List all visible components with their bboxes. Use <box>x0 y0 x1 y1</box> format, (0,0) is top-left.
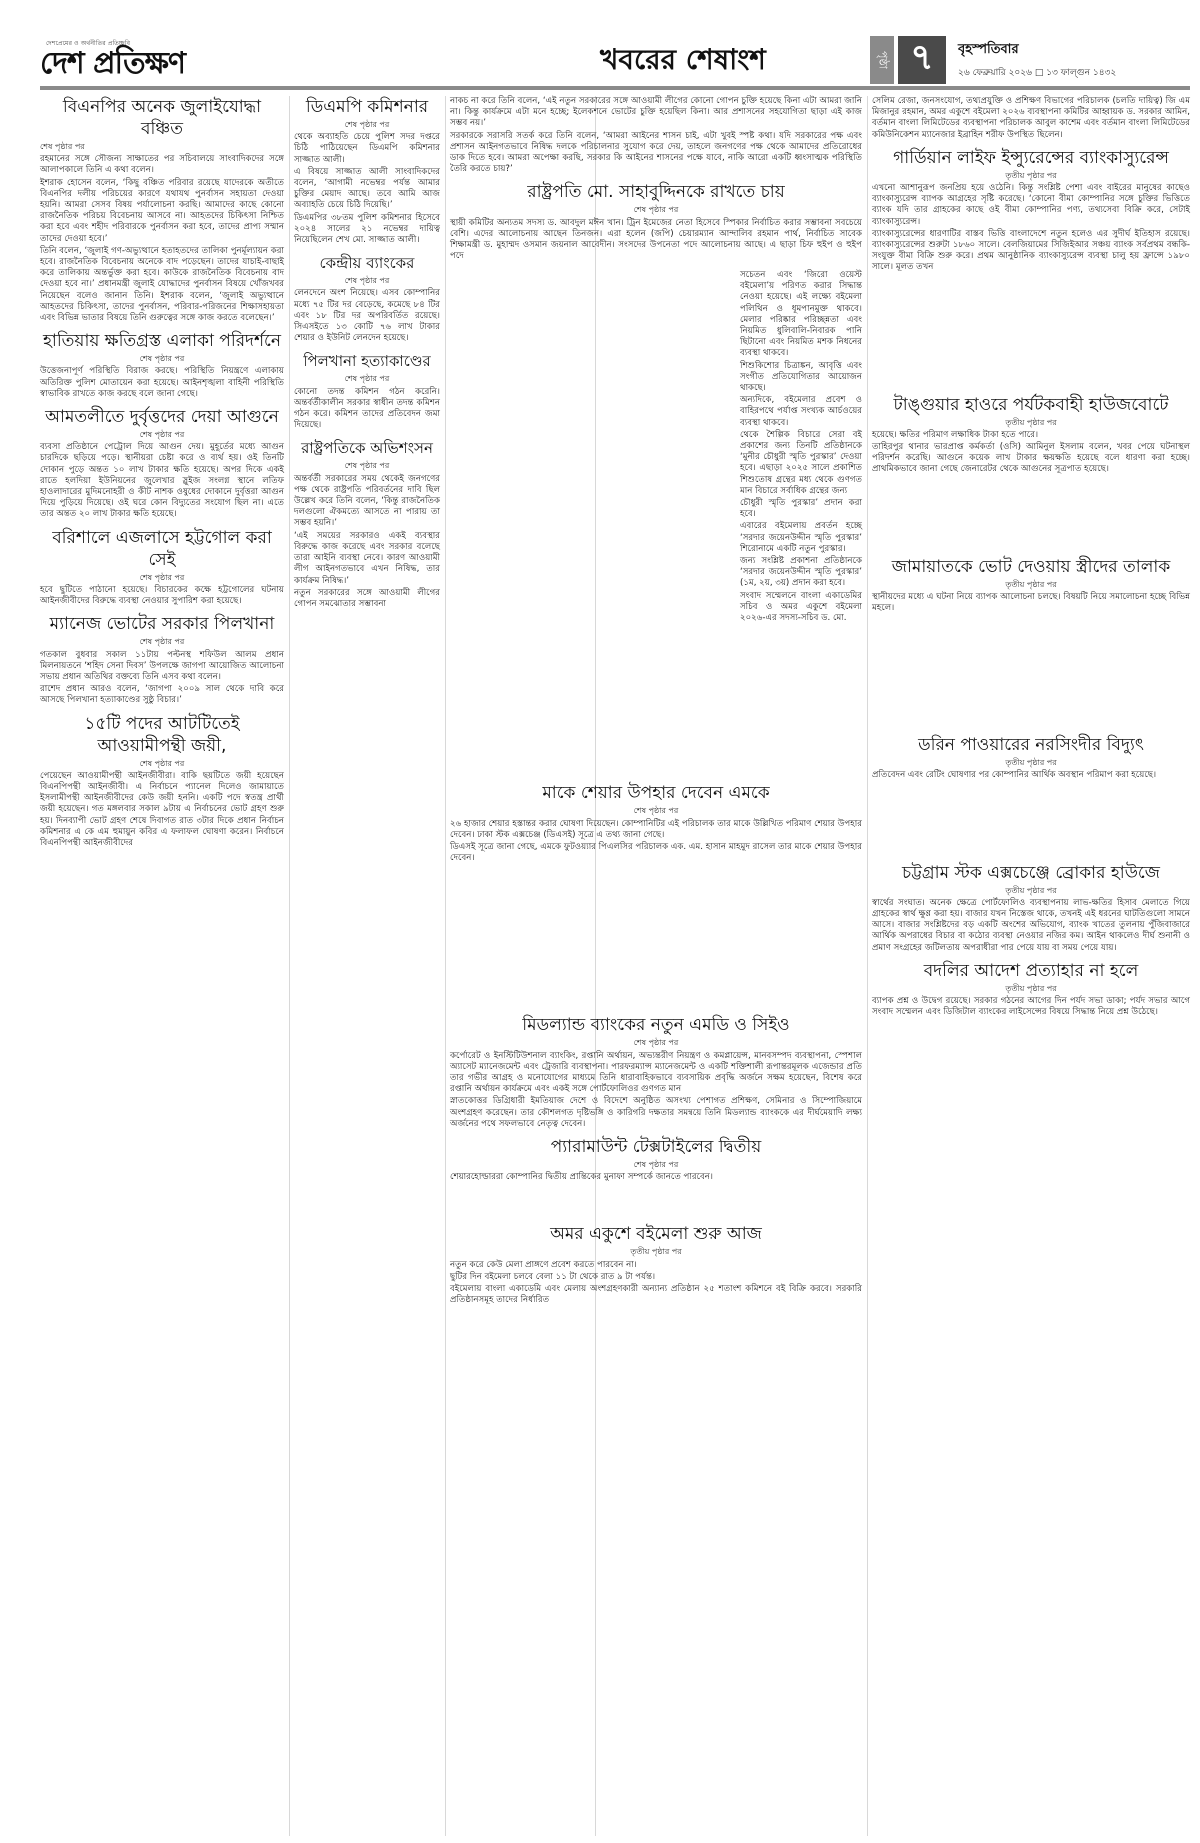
paragraph: অন্তর্বর্তী সরকারের সময় থেকেই জনগণের পক… <box>294 474 440 530</box>
headline: রাষ্ট্রপতি মো. সাহাবুদ্দিনকে রাখতে চায় <box>450 181 862 203</box>
headline: ম্যানেজ ভোটের সরকার পিলখানা <box>40 613 284 635</box>
headline: প্যারামাউন্ট টেক্সটাইলের দ্বিতীয় <box>450 1136 862 1158</box>
newspaper-logo[interactable]: দেশপ্রেমের ও অর্থনীতির প্রতিচ্ছবি দেশ প্… <box>40 38 185 79</box>
continued-label: শেষ পৃষ্ঠার পর <box>450 1159 862 1170</box>
article-tangail[interactable]: টাঙ্গুয়ার হাওরে পর্যটকবাহী হাউজবোটে তৃত… <box>872 394 1190 476</box>
article-midland[interactable]: মিডল্যান্ড ব্যাংকের নতুন এমডি ও সিইও শেষ… <box>450 1014 862 1130</box>
paragraph: এবারের বইমেলায় প্রবর্তন হচ্ছে ‘সরদার জয… <box>740 521 862 555</box>
paragraph: কোনো তদন্ত কমিশন গঠন করেনি। অন্তর্বর্তীক… <box>294 387 440 432</box>
paragraph: বইমেলায় বাংলা একাডেমি এবং মেলায় অংশগ্র… <box>450 1284 862 1306</box>
article-paramount[interactable]: প্যারামাউন্ট টেক্সটাইলের দ্বিতীয় শেষ পৃ… <box>450 1136 862 1183</box>
paragraph: লেনদেনে অংশ নিয়েছে। এসব কোম্পানির মধ্যে… <box>294 288 440 344</box>
continued-label: তৃতীয় পৃষ্ঠার পর <box>872 983 1190 994</box>
paragraph: থেকে অব্যাহতি চেয়ে পুলিশ সদর দপ্তরে চিঠ… <box>294 132 440 166</box>
paragraph: হয়েছে। ক্ষতির পরিমাণ লক্ষাধিক টাকা হতে … <box>872 430 1190 441</box>
continued-label: শেষ পৃষ্ঠার পর <box>40 141 284 152</box>
page-number: ৭ <box>898 36 946 84</box>
paragraph: ‘এই সময়ের সরকারও একই ব্যবস্থার বিরুদ্ধে… <box>294 531 440 587</box>
paragraph: ব্যবসা প্রতিষ্ঠানে পেট্রোল দিয়ে আগুন দে… <box>40 442 284 520</box>
continued-label: তৃতীয় পৃষ্ঠার পর <box>872 417 1190 428</box>
article-divorce[interactable]: জামায়াতকে ভোট দেওয়ায় স্ত্রীদের তালাক … <box>872 556 1190 615</box>
paragraph: সেলিম রেজা, জনসংযোগ, তথ্যপ্রযুক্তি ও প্র… <box>872 96 1190 141</box>
article-dorin[interactable]: ডরিন পাওয়ারের নরসিংদীর বিদ্যুৎ তৃতীয় প… <box>872 734 1190 781</box>
paragraph: ছুটির দিন বইমেলা চলবে বেলা ১১ টা থেকে রা… <box>450 1272 862 1283</box>
column-4: সচেতন এবং ‘জিরো ওয়েস্ট বইমেলা’য় পরিণত … <box>740 270 862 630</box>
paragraph: তিনি বলেন, ‘জুলাই গণ-অভ্যুত্থানে হতাহতদে… <box>40 246 284 324</box>
paragraph: ব্যাপক প্রশ্ন ও উদ্বেগ রয়েছে। সরকার গঠন… <box>872 996 1190 1018</box>
article-president[interactable]: রাষ্ট্রপতি মো. সাহাবুদ্দিনকে রাখতে চায় … <box>450 181 862 262</box>
continued-label: তৃতীয় পৃষ্ঠার পর <box>872 757 1190 768</box>
paragraph: হবে ছুটিতে পাঠানো হয়েছে। বিচারকের কক্ষে… <box>40 585 284 607</box>
paragraph: স্বার্থের সংঘাত। অনেক ক্ষেত্রে পোর্টফোলি… <box>872 898 1190 954</box>
column-divider <box>445 96 446 1836</box>
continued-label: শেষ পৃষ্ঠার পর <box>294 275 440 286</box>
paragraph: রহমানের সঙ্গে সৌজন্য সাক্ষাতের পর সচিবাল… <box>40 154 284 176</box>
paragraph: নতুন সরকারের সঙ্গে আওয়ামী লীগের গোপন সম… <box>294 588 440 610</box>
continued-label: শেষ পৃষ্ঠার পর <box>294 119 440 130</box>
headline: চট্টগ্রাম স্টক এক্সচেঞ্জে ব্রোকার হাউজে <box>872 862 1190 884</box>
paragraph: নাকচ না করে তিনি বলেন, ‘এই নতুন সরকারের … <box>450 96 862 130</box>
article-guardian[interactable]: গার্ডিয়ান লাইফ ইন্স্যুরেন্সের ব্যাংকাস্… <box>872 147 1190 274</box>
paragraph: স্থায়ী কমিটির অন্যতম সদস্য ড. আবদুল মঈন… <box>450 218 862 263</box>
paragraph: পেয়েছেন আওয়ামীপন্থী আইনজীবীরা। বাকি ছয… <box>40 771 284 849</box>
paragraph: অন্যদিকে, বইমেলার প্রবেশ ও বাহিরপথে পর্য… <box>740 395 862 429</box>
paragraph: শেয়ারহোল্ডাররা কোম্পানির দ্বিতীয় প্রান… <box>450 1172 862 1183</box>
paragraph: ইশরাক হোসেন বলেন, ‘কিছু বঞ্চিত পরিবার রয… <box>40 178 284 245</box>
article-ekushe-fair[interactable]: অমর একুশে বইমেলা শুরু আজ তৃতীয় পৃষ্ঠার … <box>450 1223 862 1306</box>
article-mother-share[interactable]: মাকে শেয়ার উপহার দেবেন এমকে শেষ পৃষ্ঠার… <box>450 782 862 864</box>
headline: ডরিন পাওয়ারের নরসিংদীর বিদ্যুৎ <box>872 734 1190 756</box>
paragraph: শিশুকিশোর চিত্রাঙ্কন, আবৃত্তি এবং সংগীত … <box>740 361 862 395</box>
logo-title: দেশ প্রতিক্ষণ <box>40 49 185 79</box>
headline: ১৫টি পদের আটটিতেই আওয়ামীপন্থী জয়ী, <box>40 713 284 757</box>
paragraph: স্নাতকোত্তর ডিগ্রিধারী ইমতিয়াজ দেশে ও ব… <box>450 1096 862 1130</box>
continued-label: শেষ পৃষ্ঠার পর <box>40 636 284 647</box>
headline: টাঙ্গুয়ার হাওরে পর্যটকবাহী হাউজবোটে <box>872 394 1190 416</box>
article-dmp-commissioner[interactable]: ডিএমপি কমিশনার শেষ পৃষ্ঠার পর থেকে অব্যা… <box>294 96 440 246</box>
column-5: সেলিম রেজা, জনসংযোগ, তথ্যপ্রযুক্তি ও প্র… <box>872 96 1190 1025</box>
paragraph: ডিএমপির ৩৮তম পুলিশ কমিশনার হিসেবে ২০২৪ স… <box>294 213 440 247</box>
paragraph: এ বিষয়ে সাজ্জাত আলী সাংবাদিকদের বলেন, ‘… <box>294 167 440 212</box>
paragraph: গতকাল বুধবার সকাল ১১টায় পল্টনস্থ শফিউল … <box>40 650 284 684</box>
paragraph: তাহিরপুর থানার ভারপ্রাপ্ত কর্মকর্তা (ওসি… <box>872 442 1190 476</box>
continued-label: তৃতীয় পৃষ্ঠার পর <box>450 1246 862 1257</box>
paragraph: উত্তেজনাপূর্ণ পরিস্থিতি বিরাজ করছে। পরিস… <box>40 366 284 400</box>
column-2: ডিএমপি কমিশনার শেষ পৃষ্ঠার পর থেকে অব্যা… <box>294 96 440 616</box>
continued-label: তৃতীয় পৃষ্ঠার পর <box>872 170 1190 181</box>
page-tag: পৃষ্ঠা <box>870 36 894 84</box>
paragraph: ব্যাংকাস্যুরেন্সের ধারণাটির বাস্তব ভিত্ত… <box>872 229 1190 274</box>
article-nak[interactable]: নাকচ না করে তিনি বলেন, ‘এই নতুন সরকারের … <box>450 96 862 175</box>
article-bnp-july[interactable]: বিএনপির অনেক জুলাইযোদ্ধা বঞ্চিত শেষ পৃষ্… <box>40 96 284 324</box>
article-barishal[interactable]: বরিশালে এজলাসে হট্টগোল করা সেই শেষ পৃষ্ঠ… <box>40 527 284 608</box>
headline: ডিএমপি কমিশনার <box>294 96 440 118</box>
paragraph: চৌধুরী স্মৃতি পুরস্কার’ প্রদান করা হবে। <box>740 498 862 520</box>
headline: বরিশালে এজলাসে হট্টগোল করা সেই <box>40 527 284 571</box>
headline: বদলির আদেশ প্রত্যাহার না হলে <box>872 960 1190 982</box>
headline: মাকে শেয়ার উপহার দেবেন এমকে <box>450 782 862 804</box>
headline: হাতিয়ায় ক্ষতিগ্রস্ত এলাকা পরিদর্শনে <box>40 330 284 352</box>
headline: গার্ডিয়ান লাইফ ইন্স্যুরেন্সের ব্যাংকাস্… <box>872 147 1190 169</box>
paragraph: ডিএসই সূত্রে জানা গেছে, এমকে ফুটওয়্যার … <box>450 842 862 864</box>
continued-label: শেষ পৃষ্ঠার পর <box>450 805 862 816</box>
article-hatiya[interactable]: হাতিয়ায় ক্ষতিগ্রস্ত এলাকা পরিদর্শনে শে… <box>40 330 284 400</box>
continued-label: শেষ পৃষ্ঠার পর <box>450 204 862 215</box>
headline: মিডল্যান্ড ব্যাংকের নতুন এমডি ও সিইও <box>450 1014 862 1036</box>
continued-label: শেষ পৃষ্ঠার পর <box>40 572 284 583</box>
article-transfer[interactable]: বদলির আদেশ প্রত্যাহার না হলে তৃতীয় পৃষ্… <box>872 960 1190 1019</box>
article-central-bank[interactable]: কেন্দ্রীয় ব্যাংকের শেষ পৃষ্ঠার পর লেনদে… <box>294 252 440 344</box>
masthead: দেশপ্রেমের ও অর্থনীতির প্রতিচ্ছবি দেশ প্… <box>40 38 1190 86</box>
header-rule <box>40 86 1190 90</box>
headline: জামায়াতকে ভোট দেওয়ায় স্ত্রীদের তালাক <box>872 556 1190 578</box>
continued-label: শেষ পৃষ্ঠার পর <box>450 1037 862 1048</box>
paragraph: জন্য সংশ্লিষ্ট প্রকাশনা প্রতিষ্ঠানকে ‘সর… <box>740 556 862 590</box>
continued-label: শেষ পৃষ্ঠার পর <box>40 429 284 440</box>
continued-label: শেষ পৃষ্ঠার পর <box>40 758 284 769</box>
continued-label: তৃতীয় পৃষ্ঠার পর <box>872 579 1190 590</box>
headline: রাষ্ট্রপতিকে অভিশংসন <box>294 437 440 459</box>
headline: অমর একুশে বইমেলা শুরু আজ <box>450 1223 862 1245</box>
section-title: খবরের শেষাংশ <box>600 38 766 85</box>
continued-label: শেষ পৃষ্ঠার পর <box>294 460 440 471</box>
date-block: বৃহস্পতিবার ২৬ ফেব্রুয়ারি ২০২৬ □ ১৩ ফাল… <box>958 40 1116 80</box>
paragraph: প্রতিবেদন এবং রেটিং ঘোষণার পর কোম্পানির … <box>872 770 1190 781</box>
headline: কেন্দ্রীয় ব্যাংকের <box>294 252 440 274</box>
continued-label: শেষ পৃষ্ঠার পর <box>294 373 440 384</box>
weekday: বৃহস্পতিবার <box>958 40 1116 61</box>
column-1: বিএনপির অনেক জুলাইযোদ্ধা বঞ্চিত শেষ পৃষ্… <box>40 96 284 855</box>
paragraph: রাশেদ প্রধান আরও বলেন, ‘জাগপা ২০০৯ সাল থ… <box>40 684 284 706</box>
article-press-conference[interactable]: সেলিম রেজা, জনসংযোগ, তথ্যপ্রযুক্তি ও প্র… <box>872 96 1190 141</box>
article-manage-vote[interactable]: ম্যানেজ ভোটের সরকার পিলখানা শেষ পৃষ্ঠার … <box>40 613 284 706</box>
paragraph: কর্পোরেট ও ইনস্টিটিউশনাল ব্যাংকিং, রপ্তা… <box>450 1051 862 1096</box>
paragraph: নতুন করে কেউ মেলা প্রাঙ্গণে প্রবেশ করতে … <box>450 1260 862 1271</box>
issue-date: ২৬ ফেব্রুয়ারি ২০২৬ □ ১৩ ফাল্গুন ১৪৩২ <box>958 65 1116 80</box>
article-ctg-stock[interactable]: চট্টগ্রাম স্টক এক্সচেঞ্জে ব্রোকার হাউজে … <box>872 862 1190 954</box>
column-divider <box>289 96 290 1836</box>
paragraph: ২৬ হাজার শেয়ার হস্তান্তর করার ঘোষণা দিয… <box>450 819 862 841</box>
paragraph: স্থানীয়দের মধ্যে এ ঘটনা নিয়ে ব্যাপক আল… <box>872 592 1190 614</box>
headline: আমতলীতে দুর্বৃত্তদের দেয়া আগুনে <box>40 406 284 428</box>
article-pilkhana[interactable]: পিলখানা হত্যাকাণ্ডের শেষ পৃষ্ঠার পর কোনো… <box>294 350 440 431</box>
article-amtoli[interactable]: আমতলীতে দুর্বৃত্তদের দেয়া আগুনে শেষ পৃষ… <box>40 406 284 521</box>
paragraph: সংবাদ সম্মেলনে বাংলা একাডেমির সচিব ও অমর… <box>740 591 862 625</box>
article-ekushe-continued[interactable]: সচেতন এবং ‘জিরো ওয়েস্ট বইমেলা’য় পরিণত … <box>740 270 862 624</box>
paragraph: সরকারকে সরাসরি সতর্ক করে তিনি বলেন, ‘আমর… <box>450 131 862 176</box>
article-fifteen-posts[interactable]: ১৫টি পদের আটটিতেই আওয়ামীপন্থী জয়ী, শেষ… <box>40 713 284 850</box>
headline: বিএনপির অনেক জুলাইযোদ্ধা বঞ্চিত <box>40 96 284 140</box>
continued-label: শেষ পৃষ্ঠার পর <box>40 353 284 364</box>
paragraph: সচেতন এবং ‘জিরো ওয়েস্ট বইমেলা’য় পরিণত … <box>740 270 862 360</box>
continued-label: তৃতীয় পৃষ্ঠার পর <box>872 885 1190 896</box>
article-impeachment[interactable]: রাষ্ট্রপতিকে অভিশংসন শেষ পৃষ্ঠার পর অন্ত… <box>294 437 440 610</box>
paragraph: এখনো আশানুরূপ জনপ্রিয় হয়ে ওঠেনি। কিন্ত… <box>872 183 1190 228</box>
paragraph: থেকে শৈল্পিক বিচারে সেরা বই প্রকাশের জন্… <box>740 430 862 497</box>
headline: পিলখানা হত্যাকাণ্ডের <box>294 350 440 372</box>
column-divider <box>867 96 868 1836</box>
